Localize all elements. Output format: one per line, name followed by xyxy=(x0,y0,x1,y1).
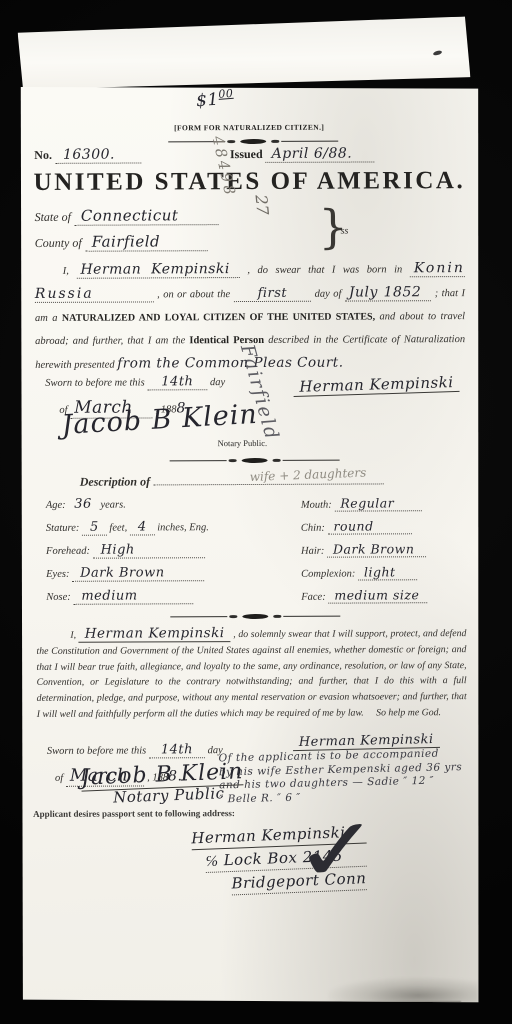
paper-fragment-top xyxy=(18,16,471,89)
sworn2-day: 14th xyxy=(149,742,205,758)
hair-value: Dark Brown xyxy=(327,541,427,557)
page-title: UNITED STATES OF AMERICA. xyxy=(18,167,480,197)
desc-row-mouth: Mouth: Regular xyxy=(301,495,461,519)
divider-tick xyxy=(229,459,237,462)
section-divider xyxy=(170,614,340,620)
mouth-label: Mouth: xyxy=(301,500,332,511)
stature-inches: 4 xyxy=(130,519,155,535)
notary-title-2: Notary Public xyxy=(113,784,225,806)
section-divider xyxy=(168,139,338,145)
sworn1-pre: Sworn to before me this xyxy=(45,377,144,388)
issued-label: Issued xyxy=(230,147,263,161)
description-label: Description of xyxy=(80,474,150,488)
desc-row-forehead: Forehead: High xyxy=(46,542,276,566)
check-mark: ✓ xyxy=(289,805,387,896)
form-caption: [FORM FOR NATURALIZED CITIZEN.] xyxy=(18,122,480,133)
section-divider xyxy=(170,458,340,464)
divider-tick xyxy=(271,140,279,143)
no-value: 16300. xyxy=(55,146,141,163)
divider-tick xyxy=(273,459,281,462)
oath-text1: , do solemnly swear that I will support, xyxy=(233,628,388,640)
decl-swear: , do swear that I was born xyxy=(247,264,386,276)
desc-row-face: Face: medium size xyxy=(301,587,461,611)
fee-cents: 00 xyxy=(218,87,234,101)
divider-line xyxy=(283,459,340,461)
forehead-value: High xyxy=(93,542,205,558)
age-suffix: years. xyxy=(100,500,125,511)
decl-i: I, xyxy=(63,266,69,277)
divider-line xyxy=(283,615,340,617)
state-label: State of xyxy=(35,210,71,224)
ink-mark xyxy=(433,50,443,56)
chin-label: Chin: xyxy=(301,523,325,534)
complexion-value: light xyxy=(358,564,418,580)
sworn1-day-word: day xyxy=(210,377,225,388)
eyes-label: Eyes: xyxy=(46,569,69,580)
nose-label: Nose: xyxy=(46,592,71,603)
divider-tick xyxy=(227,140,235,143)
divider-line xyxy=(170,460,227,462)
complexion-label: Complexion: xyxy=(301,569,355,580)
divider-line xyxy=(170,616,227,618)
decl-date: July 1852 xyxy=(345,284,431,301)
county-label: County of xyxy=(35,236,82,250)
decl-of: of xyxy=(333,289,341,300)
decl-in: in xyxy=(394,264,402,275)
decl-day-value: first xyxy=(234,286,312,302)
sworn1-day: 14th xyxy=(147,374,207,390)
decl-name: Herman Kempinski xyxy=(76,261,239,279)
sworn2-of: of xyxy=(55,773,63,784)
scan-smudge-line xyxy=(114,1001,461,1006)
divider-tick xyxy=(273,615,281,618)
no-label: No. xyxy=(34,148,52,162)
state-value: Connecticut xyxy=(75,206,219,226)
age-value: 36 xyxy=(68,497,98,512)
scan-background: $100 [FORM FOR NATURALIZED CITIZEN.] No.… xyxy=(0,0,512,1024)
chin-value: round xyxy=(327,518,411,534)
sworn2-pre: Sworn to before me this xyxy=(47,745,146,756)
hair-label: Hair: xyxy=(301,546,324,557)
age-label: Age: xyxy=(46,500,66,511)
oath-name: Herman Kempinski xyxy=(79,625,231,643)
face-label: Face: xyxy=(301,592,326,603)
eyes-value: Dark Brown xyxy=(72,565,205,582)
oath-i: I, xyxy=(70,630,76,641)
nose-value: medium xyxy=(73,588,193,605)
desc-row-chin: Chin: round xyxy=(301,518,461,542)
decl-citizen-caps: NATURALIZED AND LOYAL CITIZEN OF THE UNI… xyxy=(62,311,375,323)
oath-paragraph: I, Herman Kempinski , do solemnly swear … xyxy=(36,625,466,723)
desc-row-complexion: Complexion: light xyxy=(301,564,461,588)
stature-inches-word: inches, Eng. xyxy=(157,522,209,533)
vertical-scribble-number2: 27 xyxy=(252,194,273,216)
venue-ss: ss xyxy=(341,226,349,237)
stature-feet-word: feet, xyxy=(109,523,127,534)
oath-text3: So help me God. xyxy=(366,707,441,718)
desc-row-eyes: Eyes: Dark Brown xyxy=(46,565,276,589)
mouth-value: Regular xyxy=(334,495,422,511)
decl-described: described in the xyxy=(268,335,338,346)
address-label: Applicant desires passport sent to follo… xyxy=(33,808,235,819)
desc-row-stature: Stature: 5 feet, 4 inches, Eng. xyxy=(46,519,276,543)
face-value: medium size xyxy=(328,587,427,603)
description-right-column: Mouth: Regular Chin: round Hair: Dark Br… xyxy=(301,495,462,611)
desc-row-hair: Hair: Dark Brown xyxy=(301,541,461,565)
forehead-label: Forehead: xyxy=(46,546,90,557)
county-value: Fairfield xyxy=(86,232,209,252)
divider-tick xyxy=(229,615,237,618)
divider-gem xyxy=(240,139,266,144)
issued-value: April 6/88. xyxy=(266,145,375,162)
decl-onabout: , on or about the xyxy=(157,289,230,300)
applicant-signature-1: Herman Kempinski xyxy=(293,373,460,397)
decl-court: from the Common Pleas Court. xyxy=(117,355,343,372)
divider-gem xyxy=(242,614,268,619)
fee-note: $100 xyxy=(195,87,234,111)
stature-feet: 5 xyxy=(82,520,107,536)
decl-day-word: day xyxy=(315,289,330,300)
number-row: No. 16300. Issued April 6/88. xyxy=(34,145,464,163)
desc-row-age: Age: 36 years. xyxy=(46,496,276,520)
desc-row-nose: Nose: medium xyxy=(46,588,276,612)
notary-title-1: Notary Public. xyxy=(218,438,268,448)
description-grid: Age: 36 years. Stature: 5 feet, 4 inches… xyxy=(46,495,458,497)
divider-line xyxy=(281,140,338,142)
stature-label: Stature: xyxy=(46,523,80,534)
document-page: $100 [FORM FOR NATURALIZED CITIZEN.] No.… xyxy=(18,85,484,1007)
margin-note: Of the applicant is to be accompanied by… xyxy=(218,747,477,807)
description-left-column: Age: 36 years. Stature: 5 feet, 4 inches… xyxy=(46,496,276,612)
scan-smudge xyxy=(328,977,478,1004)
divider-gem xyxy=(242,458,268,463)
fee-dollar: $1 xyxy=(195,90,219,112)
